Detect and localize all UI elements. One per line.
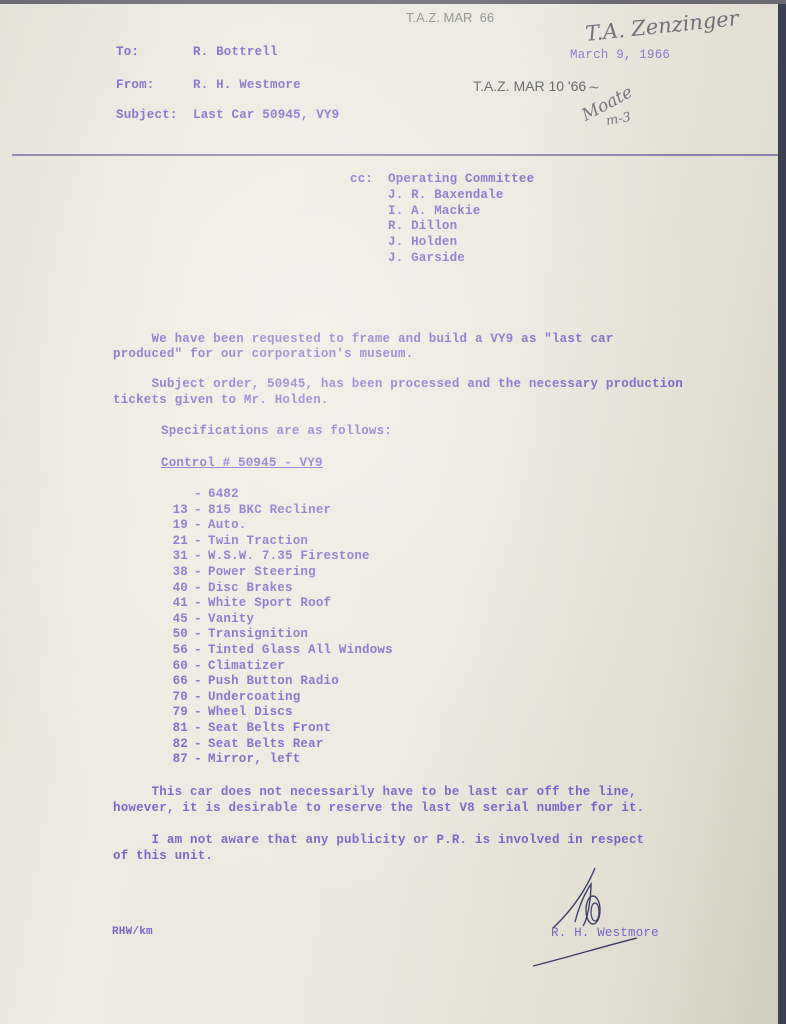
- spec-code: 13: [160, 503, 188, 517]
- spec-code: 19: [160, 518, 188, 532]
- spec-item: 66-Push Button Radio: [160, 674, 339, 688]
- spec-dash: -: [188, 518, 208, 532]
- spec-code: 56: [160, 643, 188, 657]
- spec-description: Vanity: [208, 612, 254, 626]
- handwritten-signature-top: T.A. Zenzinger: [584, 6, 740, 46]
- spec-item: 87-Mirror, left: [160, 752, 300, 766]
- page-top-edge: [0, 0, 786, 4]
- cc-list: Operating Committee J. R. Baxendale I. A…: [388, 172, 534, 267]
- spec-item: 31-W.S.W. 7.35 Firestone: [160, 549, 370, 563]
- spec-item: 19-Auto.: [160, 518, 247, 532]
- spec-item: 45-Vanity: [160, 612, 254, 626]
- spec-dash: -: [188, 549, 208, 563]
- spec-description: Push Button Radio: [208, 674, 339, 688]
- spec-dash: -: [188, 705, 208, 719]
- paragraph-4-line-2: of this unit.: [113, 849, 213, 863]
- spec-description: Climatizer: [208, 659, 285, 673]
- received-stamp-date: T.A.Z. MAR 10 '66: [473, 78, 586, 94]
- spec-item: 70-Undercoating: [160, 690, 300, 704]
- spec-dash: -: [188, 503, 208, 517]
- spec-description: Tinted Glass All Windows: [208, 643, 393, 657]
- handwritten-signature: [525, 862, 645, 972]
- spec-dash: -: [188, 737, 208, 751]
- handwritten-margin-note-2: m-3: [605, 110, 632, 129]
- cc-recipient: I. A. Mackie: [388, 204, 534, 220]
- spec-code: 82: [160, 737, 188, 751]
- spec-code: 87: [160, 752, 188, 766]
- spec-dash: -: [188, 534, 208, 548]
- spec-code: 21: [160, 534, 188, 548]
- cc-label: cc:: [350, 172, 373, 186]
- spec-code: 60: [160, 659, 188, 673]
- spec-dash: -: [188, 565, 208, 579]
- spec-dash: -: [188, 487, 208, 501]
- header-divider: [12, 154, 778, 156]
- spec-description: White Sport Roof: [208, 596, 331, 610]
- specifications-intro: Specifications are as follows:: [161, 424, 392, 438]
- spec-dash: -: [188, 612, 208, 626]
- spec-description: Wheel Discs: [208, 705, 293, 719]
- control-heading: Control # 50945 - VY9: [161, 456, 323, 470]
- spec-code: 66: [160, 674, 188, 688]
- spec-dash: -: [188, 674, 208, 688]
- spec-item: 38-Power Steering: [160, 565, 316, 579]
- spec-description: Auto.: [208, 518, 247, 532]
- spec-dash: -: [188, 596, 208, 610]
- to-label: To:: [116, 45, 139, 59]
- paragraph-1-line-2: produced" for our corporation's museum.: [113, 347, 413, 361]
- spec-code: 38: [160, 565, 188, 579]
- cc-recipient: R. Dillon: [388, 219, 534, 235]
- spec-description: W.S.W. 7.35 Firestone: [208, 549, 370, 563]
- spec-description: Twin Traction: [208, 534, 308, 548]
- spec-dash: -: [188, 659, 208, 673]
- received-stamp-top: T.A.Z. MAR 66: [406, 10, 494, 25]
- spec-item: 81-Seat Belts Front: [160, 721, 331, 735]
- spec-item: 60-Climatizer: [160, 659, 285, 673]
- from-label: From:: [116, 78, 155, 92]
- spec-item: 40-Disc Brakes: [160, 581, 293, 595]
- spec-item: 41-White Sport Roof: [160, 596, 331, 610]
- memo-date: March 9, 1966: [570, 48, 670, 62]
- spec-description: Undercoating: [208, 690, 300, 704]
- spec-item: 79-Wheel Discs: [160, 705, 293, 719]
- reference-initials: RHW/km: [112, 926, 153, 938]
- paragraph-2-line-1: Subject order, 50945, has been processed…: [113, 377, 683, 391]
- spec-code: 45: [160, 612, 188, 626]
- cc-recipient: J. R. Baxendale: [388, 188, 534, 204]
- spec-dash: -: [188, 721, 208, 735]
- cc-recipient: Operating Committee: [388, 172, 534, 188]
- paragraph-3-line-1: This car does not necessarily have to be…: [113, 785, 637, 799]
- spec-description: Seat Belts Front: [208, 721, 331, 735]
- spec-code: 70: [160, 690, 188, 704]
- spec-code: 41: [160, 596, 188, 610]
- spec-item: 13-815 BKC Recliner: [160, 503, 331, 517]
- spec-description: Seat Belts Rear: [208, 737, 324, 751]
- handwritten-check-mark: ~: [588, 80, 600, 96]
- spec-dash: -: [188, 627, 208, 641]
- to-value: R. Bottrell: [193, 45, 278, 59]
- paragraph-1-line-1: We have been requested to frame and buil…: [113, 332, 614, 346]
- cc-recipient: J. Garside: [388, 251, 534, 267]
- spec-dash: -: [188, 581, 208, 595]
- spec-description: Mirror, left: [208, 752, 300, 766]
- paragraph-2-line-2: tickets given to Mr. Holden.: [113, 393, 329, 407]
- spec-dash: -: [188, 752, 208, 766]
- subject-label: Subject:: [116, 108, 178, 122]
- spec-code: 81: [160, 721, 188, 735]
- spec-item: -6482: [160, 487, 239, 501]
- cc-recipient: J. Holden: [388, 235, 534, 251]
- spec-dash: -: [188, 690, 208, 704]
- spec-description: Power Steering: [208, 565, 316, 579]
- spec-description: Transignition: [208, 627, 308, 641]
- memo-page: T.A.Z. MAR 66 T.A.Z. MAR 10 '66 T.A. Zen…: [0, 0, 778, 1024]
- paragraph-3-line-2: however, it is desirable to reserve the …: [113, 801, 644, 815]
- spec-description: 6482: [208, 487, 239, 501]
- spec-item: 21-Twin Traction: [160, 534, 308, 548]
- paragraph-4-line-1: I am not aware that any publicity or P.R…: [113, 833, 644, 847]
- spec-item: 50-Transignition: [160, 627, 308, 641]
- from-value: R. H. Westmore: [193, 78, 301, 92]
- spec-item: 56-Tinted Glass All Windows: [160, 643, 393, 657]
- spec-dash: -: [188, 643, 208, 657]
- spec-code: 79: [160, 705, 188, 719]
- spec-description: Disc Brakes: [208, 581, 293, 595]
- spec-description: 815 BKC Recliner: [208, 503, 331, 517]
- spec-code: 40: [160, 581, 188, 595]
- spec-item: 82-Seat Belts Rear: [160, 737, 324, 751]
- spec-code: 50: [160, 627, 188, 641]
- spec-code: 31: [160, 549, 188, 563]
- subject-value: Last Car 50945, VY9: [193, 108, 339, 122]
